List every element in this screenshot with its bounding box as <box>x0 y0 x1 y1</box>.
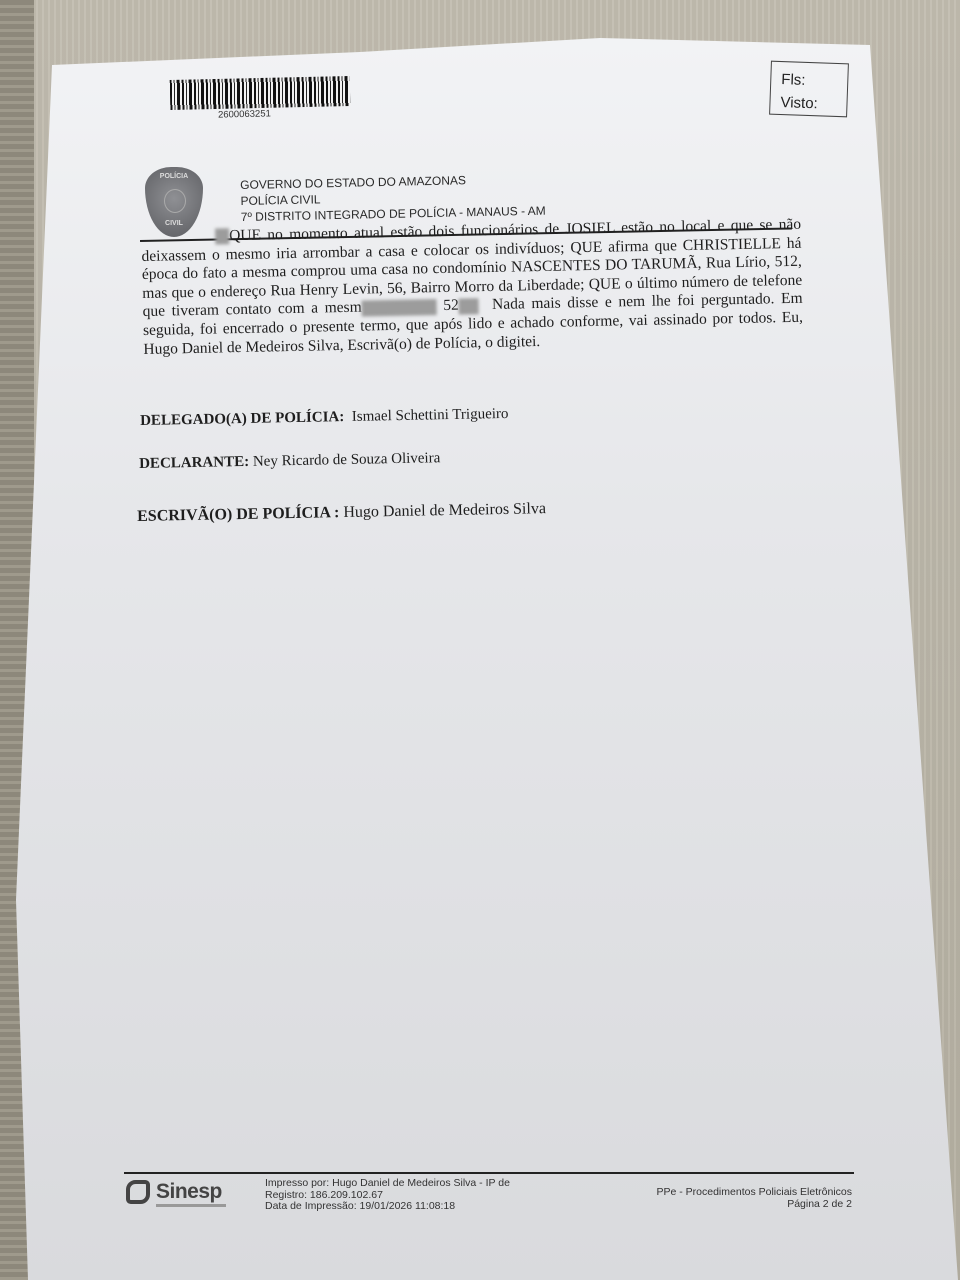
signature-escrivao: ESCRIVÃ(O) DE POLÍCIA : Hugo Daniel de M… <box>137 500 546 526</box>
footer-divider <box>124 1172 854 1174</box>
stamp-box: Fls: Visto: <box>769 61 849 118</box>
sinesp-logo-icon <box>126 1180 150 1204</box>
badge-top-text: POLÍCIA <box>145 173 203 180</box>
signature-role: DECLARANTE: <box>139 454 249 472</box>
redacted-block <box>459 298 479 314</box>
redacted-block <box>362 299 437 317</box>
statement-body: QUE no momento atual estão dois funcioná… <box>141 216 803 359</box>
signature-delegado: DELEGADO(A) DE POLÍCIA: Ismael Schettini… <box>140 406 509 430</box>
printed-by: Impresso por: Hugo Daniel de Medeiros Si… <box>265 1178 510 1190</box>
document-header: GOVERNO DO ESTADO DO AMAZONAS POLÍCIA CI… <box>240 171 546 225</box>
signature-name: Ney Ricardo de Souza Oliveira <box>253 450 441 470</box>
barcode-number: 2600063251 <box>218 108 271 120</box>
barcode <box>170 76 351 110</box>
sinesp-logo-text: Sinesp <box>156 1180 222 1204</box>
signature-role: ESCRIVÃ(O) DE POLÍCIA : <box>137 504 340 525</box>
badge-bottom-text: CIVIL <box>145 220 203 227</box>
print-date: Data de Impressão: 19/01/2026 11:08:18 <box>265 1201 510 1213</box>
signature-role: DELEGADO(A) DE POLÍCIA: <box>140 409 344 429</box>
signature-name: Hugo Daniel de Medeiros Silva <box>343 500 546 521</box>
badge-crest-icon <box>164 189 186 213</box>
system-info: PPe - Procedimentos Policiais Eletrônico… <box>600 1187 852 1210</box>
page-number: Página 2 de 2 <box>600 1199 852 1211</box>
sinesp-tagline <box>156 1204 226 1207</box>
fls-label: Fls: <box>781 68 848 93</box>
sinesp-logo: Sinesp <box>126 1178 236 1212</box>
document-page: 2600063251 Fls: Visto: POLÍCIA CIVIL GOV… <box>0 0 960 1280</box>
print-info: Impresso por: Hugo Daniel de Medeiros Si… <box>265 1178 510 1213</box>
visto-label: Visto: <box>780 91 847 116</box>
police-badge-icon: POLÍCIA CIVIL <box>145 167 203 237</box>
system-name: PPe - Procedimentos Policiais Eletrônico… <box>600 1187 852 1199</box>
statement-paragraph-2-prefix: 52 <box>443 297 459 314</box>
signature-name: Ismael Schettini Trigueiro <box>352 406 509 425</box>
redacted-block <box>215 229 229 245</box>
signature-declarante: DECLARANTE: Ney Ricardo de Souza Oliveir… <box>139 450 440 473</box>
